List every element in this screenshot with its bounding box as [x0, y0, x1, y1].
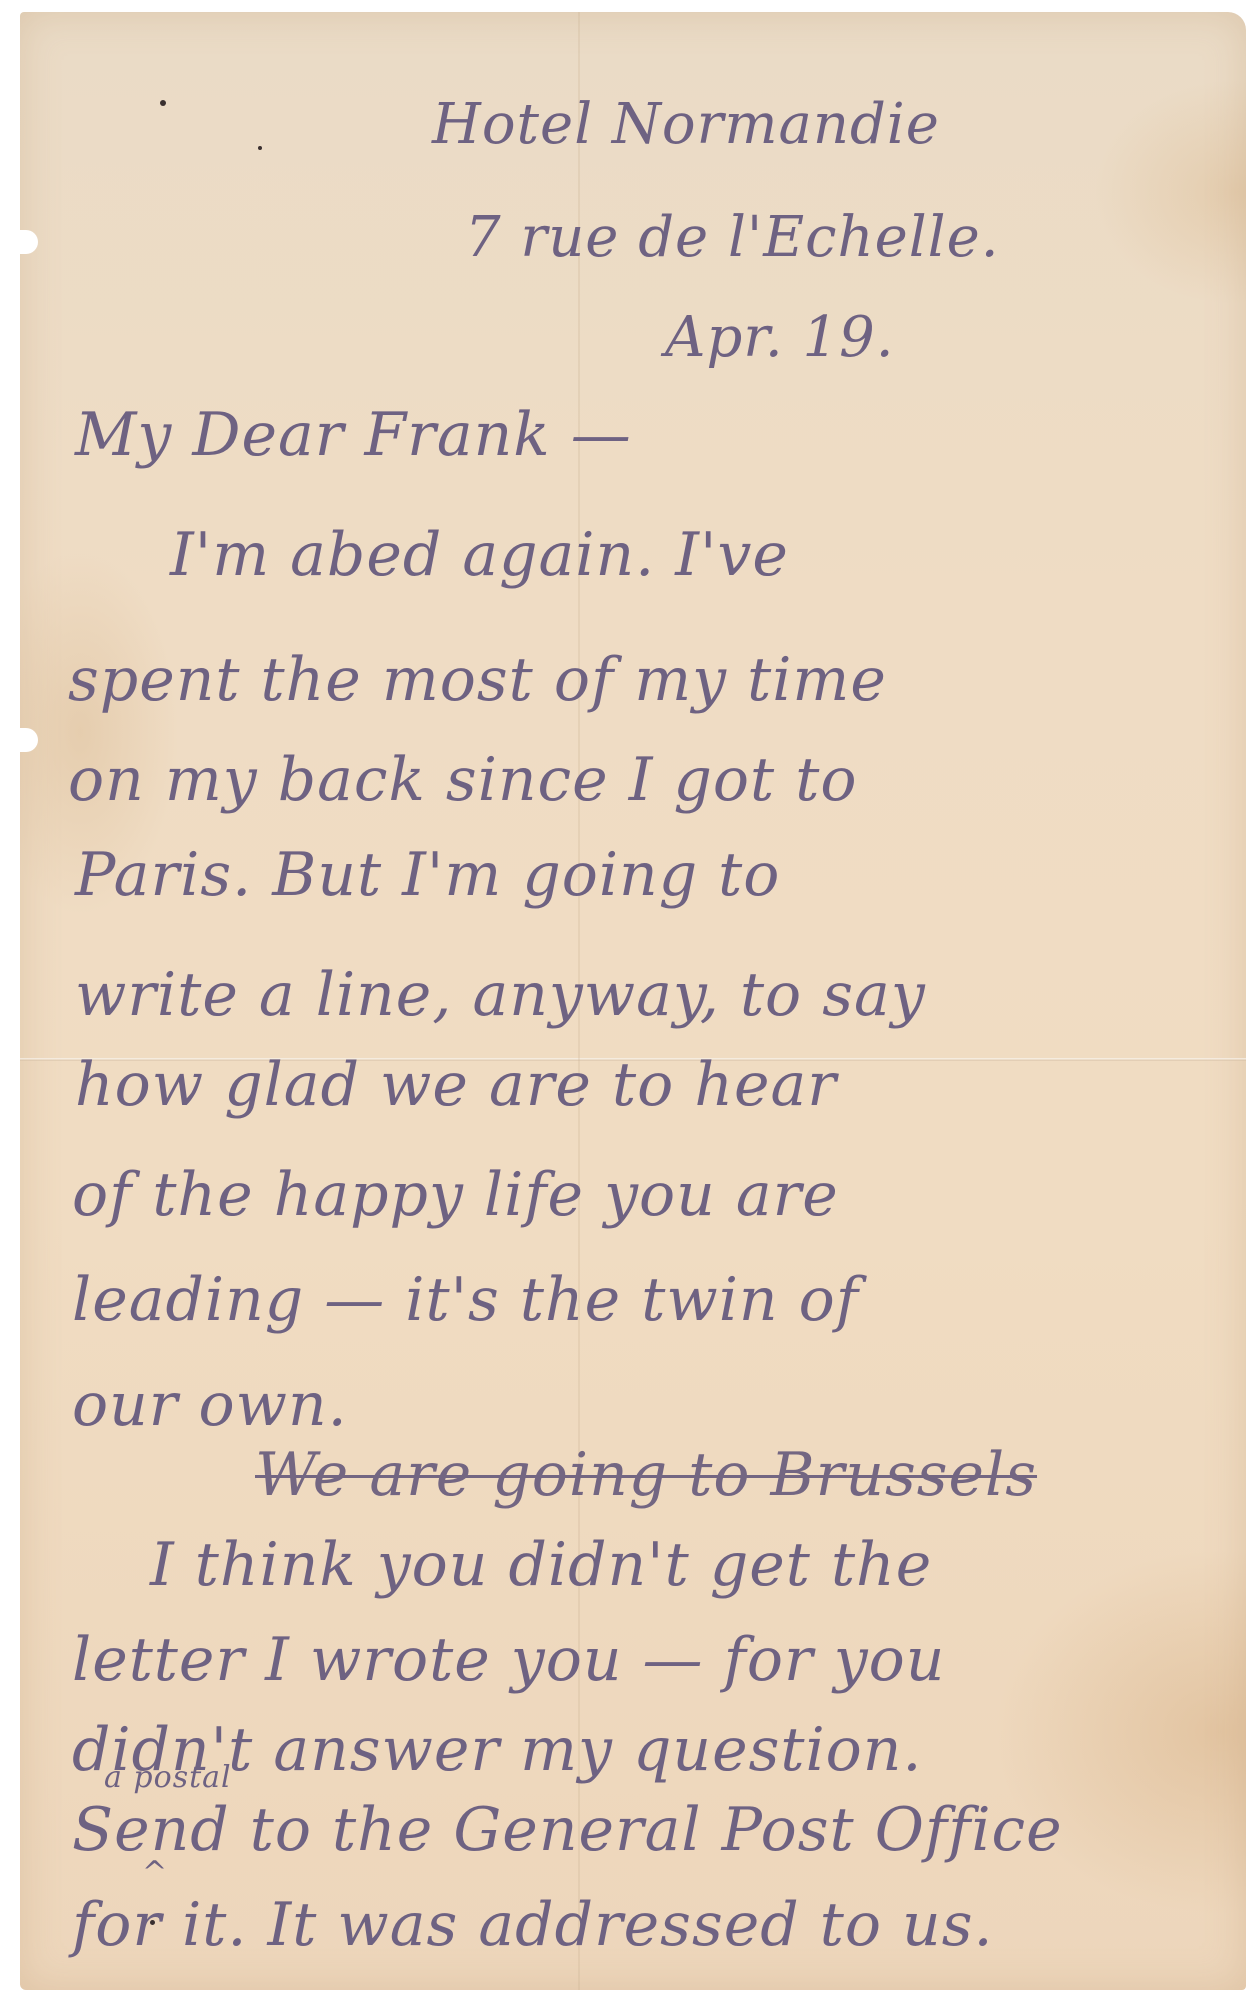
letter-salutation: My Dear Frank —: [75, 400, 632, 470]
ink-speck: [258, 146, 262, 150]
letter-line: for it. It was addressed to us.: [72, 1890, 994, 1960]
letter-line: on my back since I got to: [68, 745, 857, 815]
insertion-caret: ^: [142, 1855, 168, 1890]
letter-line: letter I wrote you — for you: [72, 1625, 945, 1695]
letter-line: leading — it's the twin of: [72, 1265, 859, 1335]
letter-line: I'm abed again. I've: [170, 520, 789, 590]
interlinear-insertion: a postal: [104, 1760, 232, 1795]
letter-line: Send to the General Post Office: [72, 1795, 1063, 1865]
ink-speck: [160, 100, 166, 106]
letter-line: I think you didn't get the: [150, 1530, 932, 1600]
letter-line: write a line, anyway, to say: [75, 960, 926, 1030]
letter-line: our own.: [72, 1370, 348, 1440]
letter-line: of the happy life you are: [72, 1160, 839, 1230]
letter-address: 7 rue de l'Echelle.: [465, 205, 1000, 270]
letter-date: Apr. 19.: [665, 305, 895, 370]
letter-line: spent the most of my time: [68, 645, 887, 715]
letter-line: how glad we are to hear: [75, 1050, 837, 1120]
struck-out-line: We are going to Brussels: [255, 1440, 1037, 1510]
letter-line: Paris. But I'm going to: [75, 840, 780, 910]
letter-hotel-name: Hotel Normandie: [432, 92, 940, 157]
